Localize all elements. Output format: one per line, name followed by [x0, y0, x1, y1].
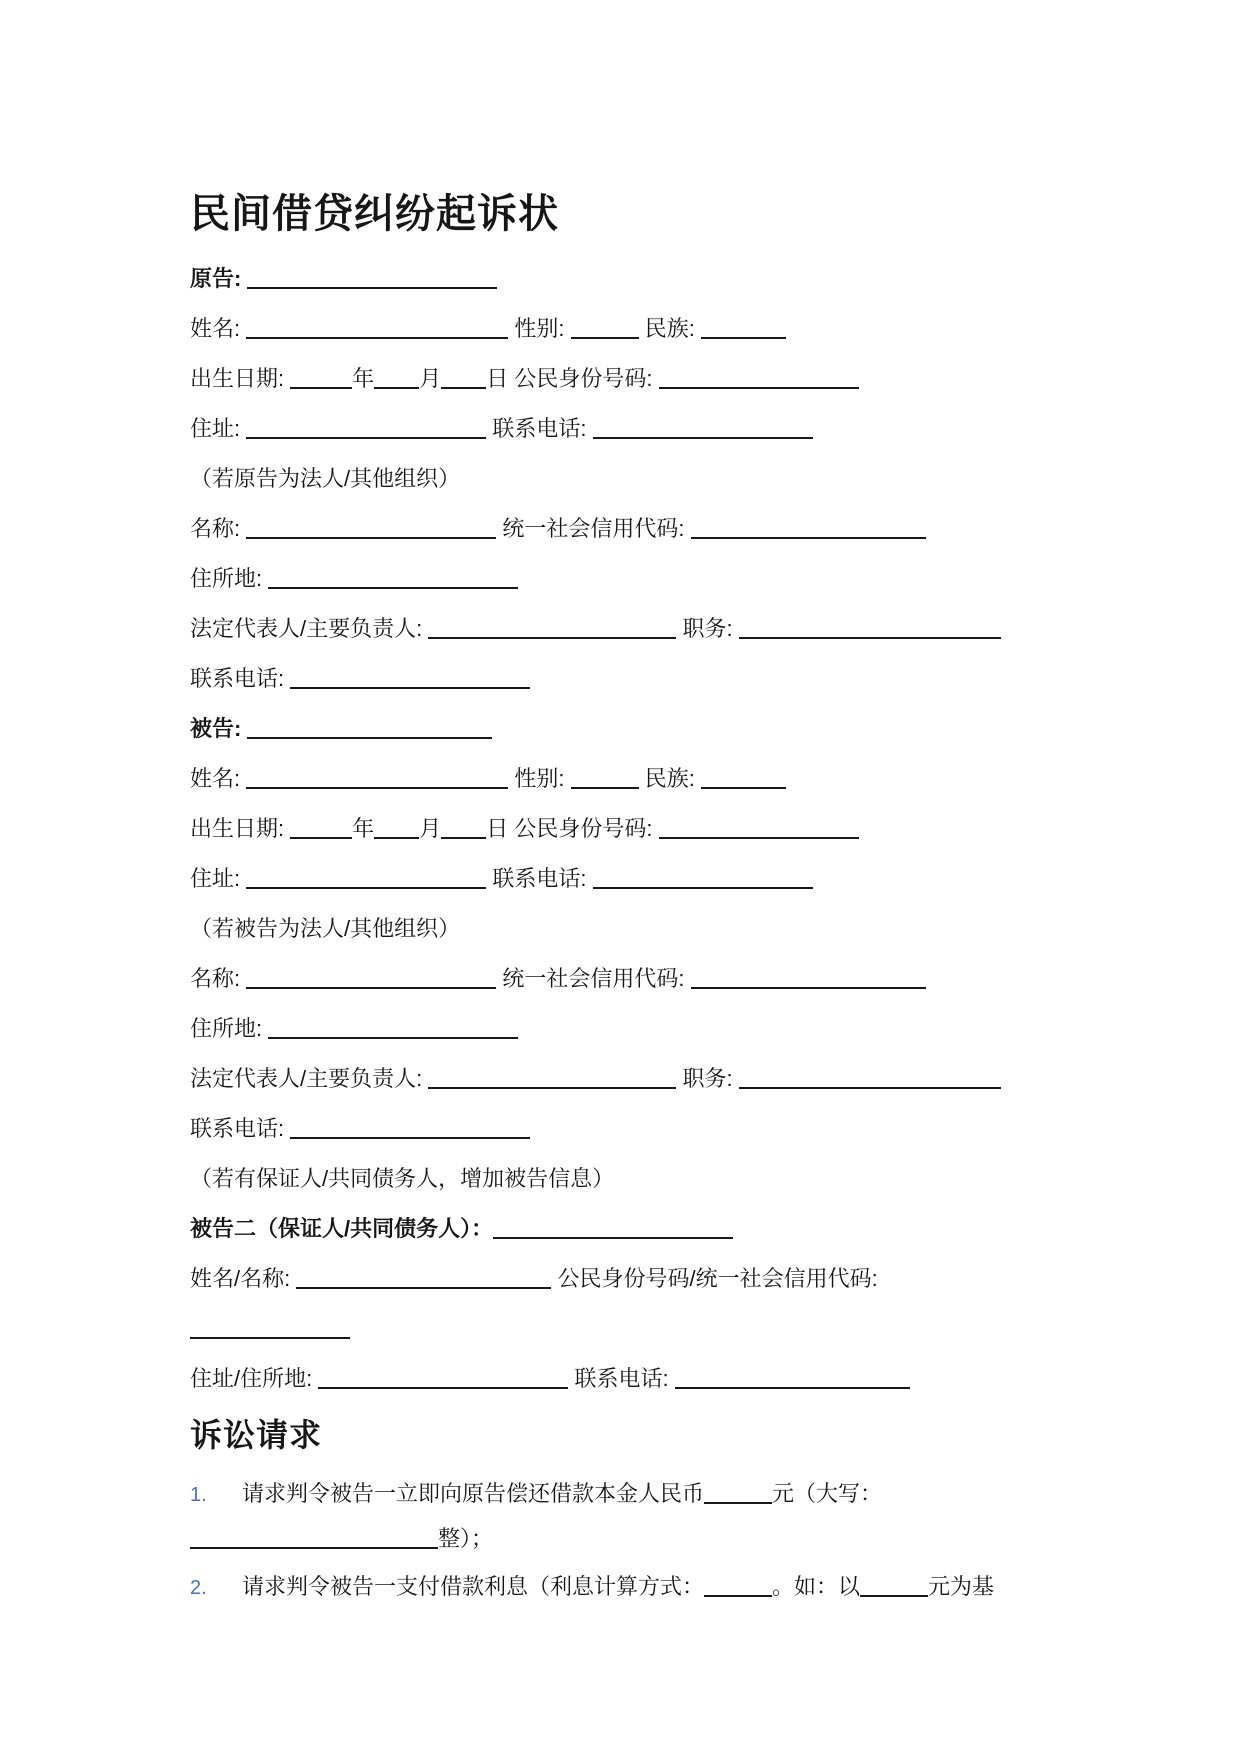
legal-rep-title-line: 法定代表人/主要负责人: 职务:	[190, 604, 1181, 654]
field-label: （若有保证人/共同债务人，增加被告信息）	[190, 1166, 614, 1191]
field-label: 统一社会信用代码:	[496, 516, 690, 541]
field-label: 住址:	[190, 866, 246, 891]
field-label: 统一社会信用代码:	[496, 966, 690, 991]
field-label: 请求判令被告一立即向原告偿还借款本金人民币	[242, 1481, 704, 1506]
field-label: 年	[352, 366, 374, 391]
field-label-strong: 原告:	[190, 266, 247, 291]
field-label: 联系电话:	[486, 866, 592, 891]
field-label: 姓名:	[190, 766, 246, 791]
org-name-credit-code-line: 名称: 统一社会信用代码:	[190, 954, 1181, 1004]
blank-field	[441, 369, 486, 389]
address-phone-line: 住址: 联系电话:	[190, 854, 1181, 904]
domicile-line: 住所地:	[190, 1004, 1181, 1054]
name-gender-ethnicity-line: 姓名: 性别: 民族:	[190, 304, 1181, 354]
field-label: 民族:	[639, 766, 701, 791]
contact-phone-line: 联系电话:	[190, 1104, 1181, 1154]
section-defendant: 被告: 姓名: 性别: 民族: 出生日期: 年月日 公民身份号码: 住址: 联系…	[190, 704, 1181, 1154]
field-label: 出生日期:	[190, 816, 290, 841]
claims-list: 1.请求判令被告一立即向原告偿还借款本金人民币元（大写：整）；2.请求判令被告一…	[190, 1472, 1181, 1610]
blank-field	[691, 969, 926, 989]
blank-field	[493, 1219, 733, 1239]
field-label: 姓名/名称:	[190, 1266, 296, 1291]
blank-field	[428, 1069, 676, 1089]
field-label: 联系电话:	[568, 1366, 674, 1391]
blank-field	[247, 269, 497, 289]
blank-field	[691, 519, 926, 539]
claim-item-2: 2.请求判令被告一支付借款利息（利息计算方式：。如：以元为基	[190, 1565, 1181, 1610]
blank-field	[290, 819, 352, 839]
blank-field	[318, 1369, 568, 1389]
blank-field	[428, 619, 676, 639]
field-label: 住所地:	[190, 566, 268, 591]
blank-field	[190, 1319, 350, 1339]
blank-field	[290, 669, 530, 689]
section-second-defendant: （若有保证人/共同债务人，增加被告信息）被告二（保证人/共同债务人）：姓名/名称…	[190, 1154, 1181, 1404]
blank-field	[268, 1019, 518, 1039]
field-label: 年	[352, 816, 374, 841]
field-label: 。如：以	[772, 1574, 860, 1599]
field-label: 公民身份号码/统一社会信用代码:	[551, 1266, 877, 1291]
claim-number: 1.	[190, 1473, 242, 1517]
blank-field	[374, 819, 419, 839]
claim-item-1-continuation: 整）；	[190, 1517, 1181, 1561]
blank-field	[246, 869, 486, 889]
claims-heading: 诉讼请求	[190, 1412, 1181, 1458]
field-label: 名称:	[190, 516, 246, 541]
domicile-line: 住所地:	[190, 554, 1181, 604]
field-label: 住址:	[190, 416, 246, 441]
field-label: 请求判令被告一支付借款利息（利息计算方式：	[242, 1574, 704, 1599]
blank-field	[571, 319, 639, 339]
blank-field	[268, 569, 518, 589]
guarantor-note-line: （若有保证人/共同债务人，增加被告信息）	[190, 1154, 1181, 1204]
blank-field	[571, 769, 639, 789]
page: 民间借贷纠纷起诉状 原告: 姓名: 性别: 民族: 出生日期: 年月日 公民身份…	[0, 0, 1241, 1755]
legal-entity-note-line: （若原告为法人/其他组织）	[190, 454, 1181, 504]
blank-field	[593, 419, 813, 439]
field-label: 日 公民身份号码:	[486, 816, 658, 841]
field-label: 住所地:	[190, 1016, 268, 1041]
field-label: 元为基	[928, 1574, 994, 1599]
field-label: 法定代表人/主要负责人:	[190, 616, 428, 641]
second-defendant-heading-line: 被告二（保证人/共同债务人）：	[190, 1204, 1181, 1254]
field-label: 职务:	[676, 1066, 738, 1091]
birthdate-id-line: 出生日期: 年月日 公民身份号码:	[190, 804, 1181, 854]
party-information: 原告: 姓名: 性别: 民族: 出生日期: 年月日 公民身份号码: 住址: 联系…	[190, 254, 1181, 1404]
blank-field	[704, 1484, 772, 1504]
field-label: 民族:	[639, 316, 701, 341]
blank-field	[290, 369, 352, 389]
field-label: （若被告为法人/其他组织）	[190, 916, 460, 941]
field-label: （若原告为法人/其他组织）	[190, 466, 460, 491]
blank-field	[296, 1269, 551, 1289]
field-label: 性别:	[508, 316, 570, 341]
document-title: 民间借贷纠纷起诉状	[190, 188, 1181, 240]
field-label: 法定代表人/主要负责人:	[190, 1066, 428, 1091]
legal-rep-title-line: 法定代表人/主要负责人: 职务:	[190, 1054, 1181, 1104]
org-name-credit-code-line: 名称: 统一社会信用代码:	[190, 504, 1181, 554]
claim-item-1: 1.请求判令被告一立即向原告偿还借款本金人民币元（大写：	[190, 1472, 1181, 1517]
field-label: 联系电话:	[190, 666, 290, 691]
field-label: 联系电话:	[190, 1116, 290, 1141]
field-label: 整）；	[438, 1526, 493, 1551]
blank-field	[246, 769, 508, 789]
name-gender-ethnicity-line: 姓名: 性别: 民族:	[190, 754, 1181, 804]
blank-field	[246, 969, 496, 989]
plaintiff-heading-line: 原告:	[190, 254, 1181, 304]
field-label: 元（大写：	[772, 1481, 882, 1506]
field-label: 住址/住所地:	[190, 1366, 318, 1391]
field-label: 月	[419, 366, 441, 391]
blank-field	[675, 1369, 910, 1389]
address-phone-line: 住址/住所地: 联系电话:	[190, 1354, 1181, 1404]
blank-field	[701, 319, 786, 339]
blank-field	[374, 369, 419, 389]
blank-field	[739, 619, 1001, 639]
field-label-strong: 被告:	[190, 716, 247, 741]
blank-field	[739, 1069, 1001, 1089]
name-id-code-line: 姓名/名称: 公民身份号码/统一社会信用代码:	[190, 1254, 1181, 1304]
field-label: 姓名:	[190, 316, 246, 341]
blank-field	[704, 1577, 772, 1597]
blank-field	[246, 519, 496, 539]
defendant-heading-line: 被告:	[190, 704, 1181, 754]
field-label: 性别:	[508, 766, 570, 791]
field-label-strong: 被告二（保证人/共同债务人）：	[190, 1216, 493, 1241]
blank-field	[659, 819, 859, 839]
name-id-code-continuation-line	[190, 1304, 1181, 1354]
blank-field	[593, 869, 813, 889]
field-label: 出生日期:	[190, 366, 290, 391]
birthdate-id-line: 出生日期: 年月日 公民身份号码:	[190, 354, 1181, 404]
section-plaintiff: 原告: 姓名: 性别: 民族: 出生日期: 年月日 公民身份号码: 住址: 联系…	[190, 254, 1181, 704]
address-phone-line: 住址: 联系电话:	[190, 404, 1181, 454]
blank-field	[290, 1119, 530, 1139]
field-label: 月	[419, 816, 441, 841]
contact-phone-line: 联系电话:	[190, 654, 1181, 704]
blank-field	[246, 319, 508, 339]
field-label: 日 公民身份号码:	[486, 366, 658, 391]
field-label: 名称:	[190, 966, 246, 991]
blank-field	[441, 819, 486, 839]
legal-entity-note-line: （若被告为法人/其他组织）	[190, 904, 1181, 954]
field-label: 职务:	[676, 616, 738, 641]
claim-number: 2.	[190, 1566, 242, 1610]
blank-field	[860, 1577, 928, 1597]
blank-field	[247, 719, 492, 739]
blank-field	[659, 369, 859, 389]
blank-field	[190, 1529, 438, 1549]
blank-field	[246, 419, 486, 439]
blank-field	[701, 769, 786, 789]
field-label: 联系电话:	[486, 416, 592, 441]
